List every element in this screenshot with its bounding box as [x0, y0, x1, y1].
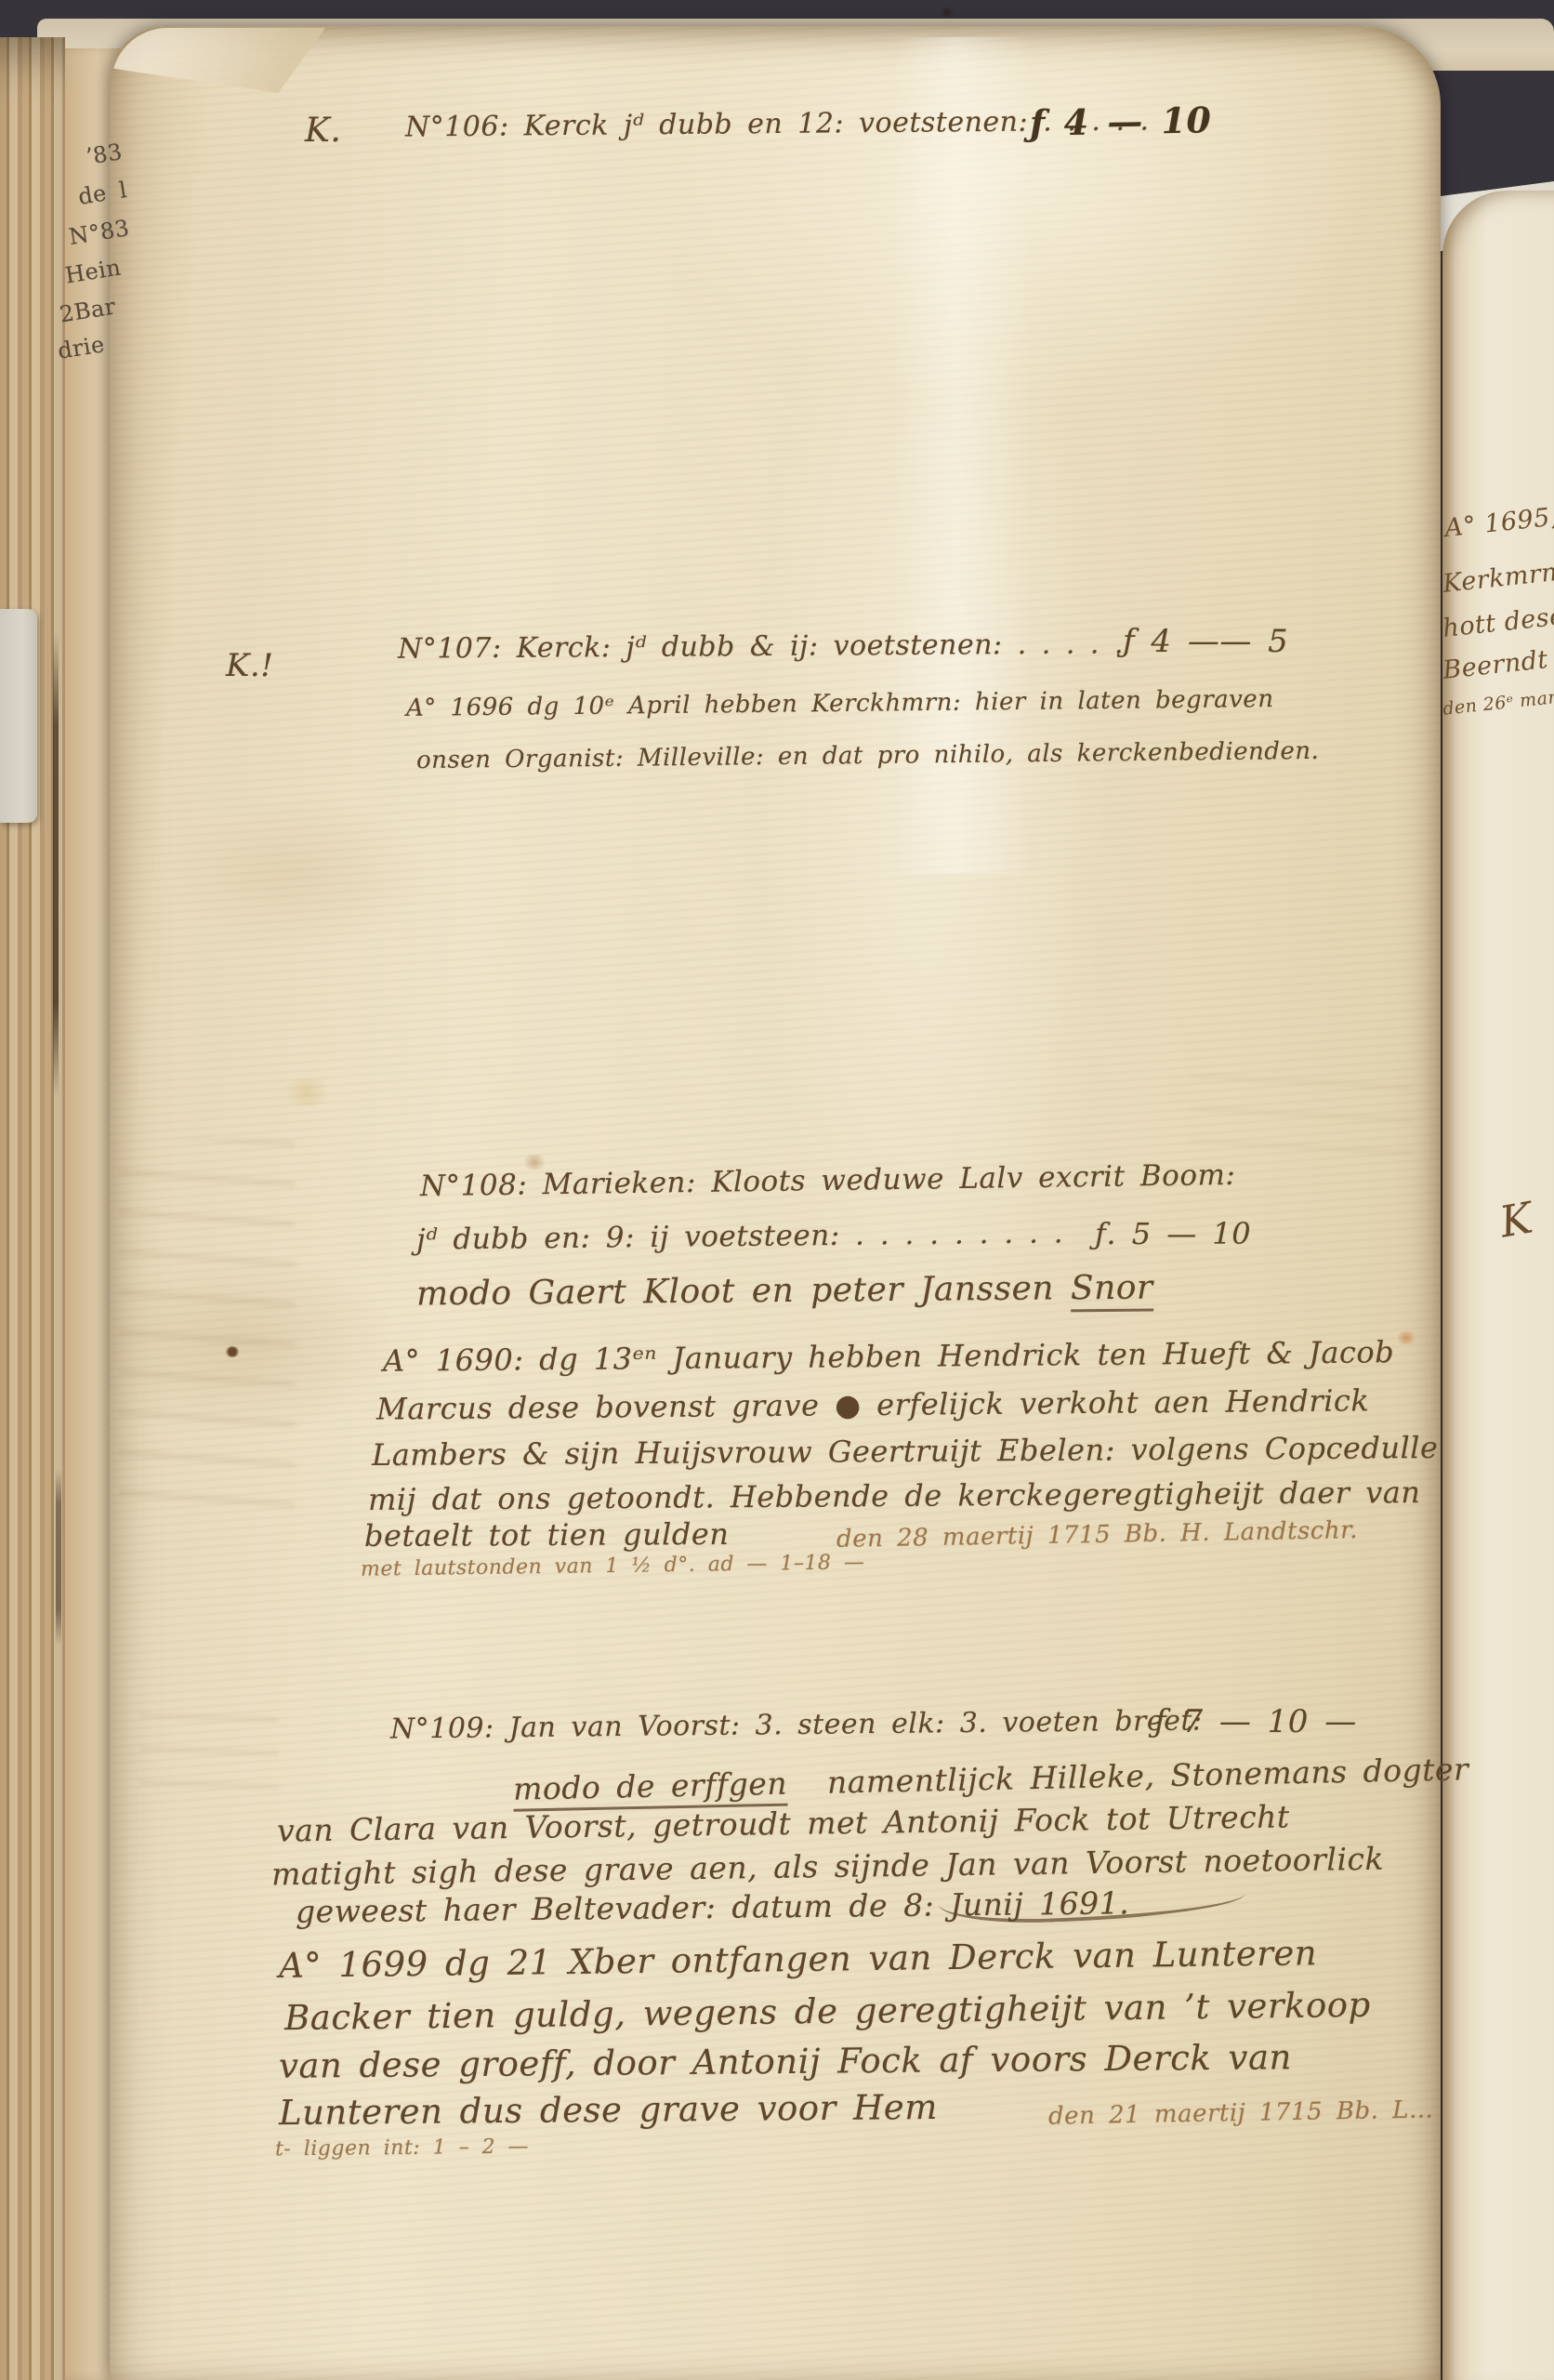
entry-108-modo-line: modo Gaert Kloot en peter Janssen Snor: [416, 1269, 1153, 1314]
entry-106-amount: ƒ 4 — 10: [1030, 99, 1212, 143]
edge-ink-streak: [56, 1469, 61, 1646]
entry-107-heading: N°107: Kerck: jᵈ dubb & ij: voetstenen: …: [398, 628, 1124, 665]
bleedthrough-text: [119, 1139, 296, 1529]
entry-108-text: jᵈ dubb en: 9: ij voetsteen: .: [416, 1219, 865, 1257]
edge-ink-streak: [53, 632, 59, 1097]
next-page-fragment: Kerkmrn: Ver: [1442, 551, 1554, 599]
margin-fragment: de l: [76, 177, 129, 210]
entry-108-leader: . . . . . . . .: [880, 1216, 1064, 1251]
next-page-fragment: den 26ᵉ mart: [1442, 686, 1554, 720]
entry-107-amount: ƒ 4 —— 5: [1123, 623, 1288, 660]
left-margin-fragments: ʼ83 de l N°83 Hein 2Bar drie: [58, 121, 158, 409]
left-page-stack: [0, 37, 65, 2380]
margin-fragment: 2Bar: [58, 293, 117, 327]
paper-stain: [279, 1078, 335, 1106]
entry-108-heading: jᵈ dubb en: 9: ij voetsteen: . . . . . .…: [416, 1216, 1063, 1256]
entry-108-amount: ƒ. 5 — 10: [1095, 1216, 1251, 1251]
entry-109-amount: ƒ 7 — 10 —: [1154, 1703, 1357, 1740]
bookmark-tab: [0, 609, 37, 823]
entry-108-note-line: Lambers & sijn Huijsvrouw Geertruijt Ebe…: [372, 1430, 1439, 1473]
entry-106-text: N°106: Kerck jᵈ dubb en 12: voetstenen: …: [405, 105, 1052, 143]
next-page-fragment: hott dese Ker: [1442, 596, 1554, 643]
entry-108-note-line: mij dat ons getoondt. Hebbende de kercke…: [368, 1474, 1421, 1517]
margin-fragment: ʼ83: [84, 139, 125, 170]
next-page-fragment: Beerndt Elb: [1442, 640, 1554, 685]
margin-fragment: drie: [58, 331, 107, 364]
entry-109-receipt-line: Lunteren dus dese grave voor Hem: [279, 2087, 938, 2133]
entry-107-text: N°107: Kerck: jᵈ dubb & ij: voetstenen: …: [398, 628, 1027, 666]
next-page-fragment: A° 1695, dg 1: [1443, 496, 1554, 543]
margin-letter-k: K.: [305, 112, 341, 150]
bleedthrough-text: [1190, 1060, 1413, 1171]
margin-letter-k: K.!: [226, 647, 273, 684]
margin-fragment: N°83: [67, 215, 131, 250]
next-page-edge: A° 1695, dg 1 Kerkmrn: Ver hott dese Ker…: [1442, 191, 1554, 2380]
bleedthrough-text: [139, 1701, 279, 1813]
entry-108-modo-text: modo Gaert Kloot en peter Janssen: [416, 1269, 1071, 1313]
entry-108-modo-underlined: Snor: [1071, 1269, 1153, 1313]
next-page-letter-k: K: [1496, 1192, 1537, 1247]
ink-stain: [939, 7, 955, 17]
rust-stain: [1394, 1331, 1418, 1344]
manuscript-scan: ʼ83 de l N°83 Hein 2Bar drie K. N°106: K…: [0, 0, 1554, 2380]
entry-109-late-small: t- liggen int: 1 – 2 —: [275, 2135, 529, 2162]
entry-107-leader: . . . .: [1042, 628, 1125, 661]
entry-108-note-line: betaelt tot tien gulden: [364, 1516, 730, 1554]
entry-109-modo-underlined: modo de erffgen: [513, 1765, 788, 1812]
margin-fragment: Hein: [63, 254, 123, 288]
